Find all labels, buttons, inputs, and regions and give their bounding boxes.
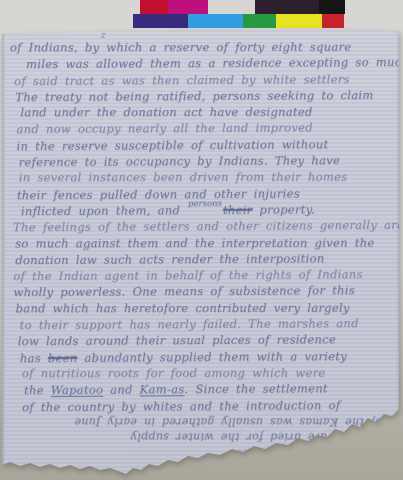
bleed-line: pounds are dried for the winter supply [18, 430, 376, 446]
underlined-word-kamas: Kam-as [140, 382, 185, 396]
manuscript-line: reference to its occupancy by Indians. T… [19, 152, 396, 171]
line-text: . Since the settlement [184, 381, 328, 396]
manuscript-line: The treaty not being ratified, persons s… [15, 87, 395, 106]
manuscript-line: wholly powerless. One means of subsisten… [13, 282, 396, 301]
manuscript-line: to their support has nearly failed. The … [20, 315, 397, 334]
manuscript-line: of Indians, by which a reserve of forty … [10, 39, 395, 56]
scanned-document: z of Indians, by which a reserve of fort… [0, 0, 403, 480]
bleed-through-text: at the prices whilst the pounds are drie… [18, 414, 384, 461]
manuscript-line: of the Indian agent in behalf of the rig… [13, 266, 396, 285]
manuscript-line: of the country by whites and the introdu… [22, 396, 397, 415]
line-text: abundantly supplied them with a variety [77, 349, 347, 365]
bleed-line: of the Kamas was usually gathered in ear… [18, 414, 382, 430]
manuscript-line: band which has heretofore contributed ve… [15, 299, 396, 316]
underlined-word-wapatoo: Wapatoo [51, 383, 104, 397]
paper-shadow-wrap: z of Indians, by which a reserve of fort… [0, 0, 403, 480]
line-text: has [20, 351, 48, 365]
manuscript-line: The feelings of the settlers and other c… [13, 217, 396, 236]
manuscript-line: of said tract as was then claimed by whi… [14, 70, 395, 89]
manuscript-line: so much against them and the interpretat… [15, 234, 396, 251]
bleed-line: at the prices whilst the [18, 445, 384, 461]
line-text: and [103, 383, 140, 397]
inserted-word: persons [188, 199, 222, 209]
manuscript-line-with-strikeout: has been abundantly supplied them with a… [20, 347, 397, 366]
manuscript-line: in several instances been driven from th… [19, 169, 396, 186]
manuscript-page: z of Indians, by which a reserve of fort… [2, 28, 400, 474]
struck-word: their [223, 203, 253, 217]
manuscript-line: of nutritious roots for food among which… [22, 365, 397, 382]
line-text: the [24, 383, 51, 397]
line-text: inflicted upon them, and [21, 203, 187, 218]
handwritten-text: of Indians, by which a reserve of forty … [10, 38, 397, 415]
struck-word: been [48, 350, 78, 364]
manuscript-line: and now occupy nearly all the land impro… [16, 119, 395, 138]
manuscript-line: land under the donation act have designa… [20, 104, 395, 121]
line-text: property. [252, 202, 314, 216]
